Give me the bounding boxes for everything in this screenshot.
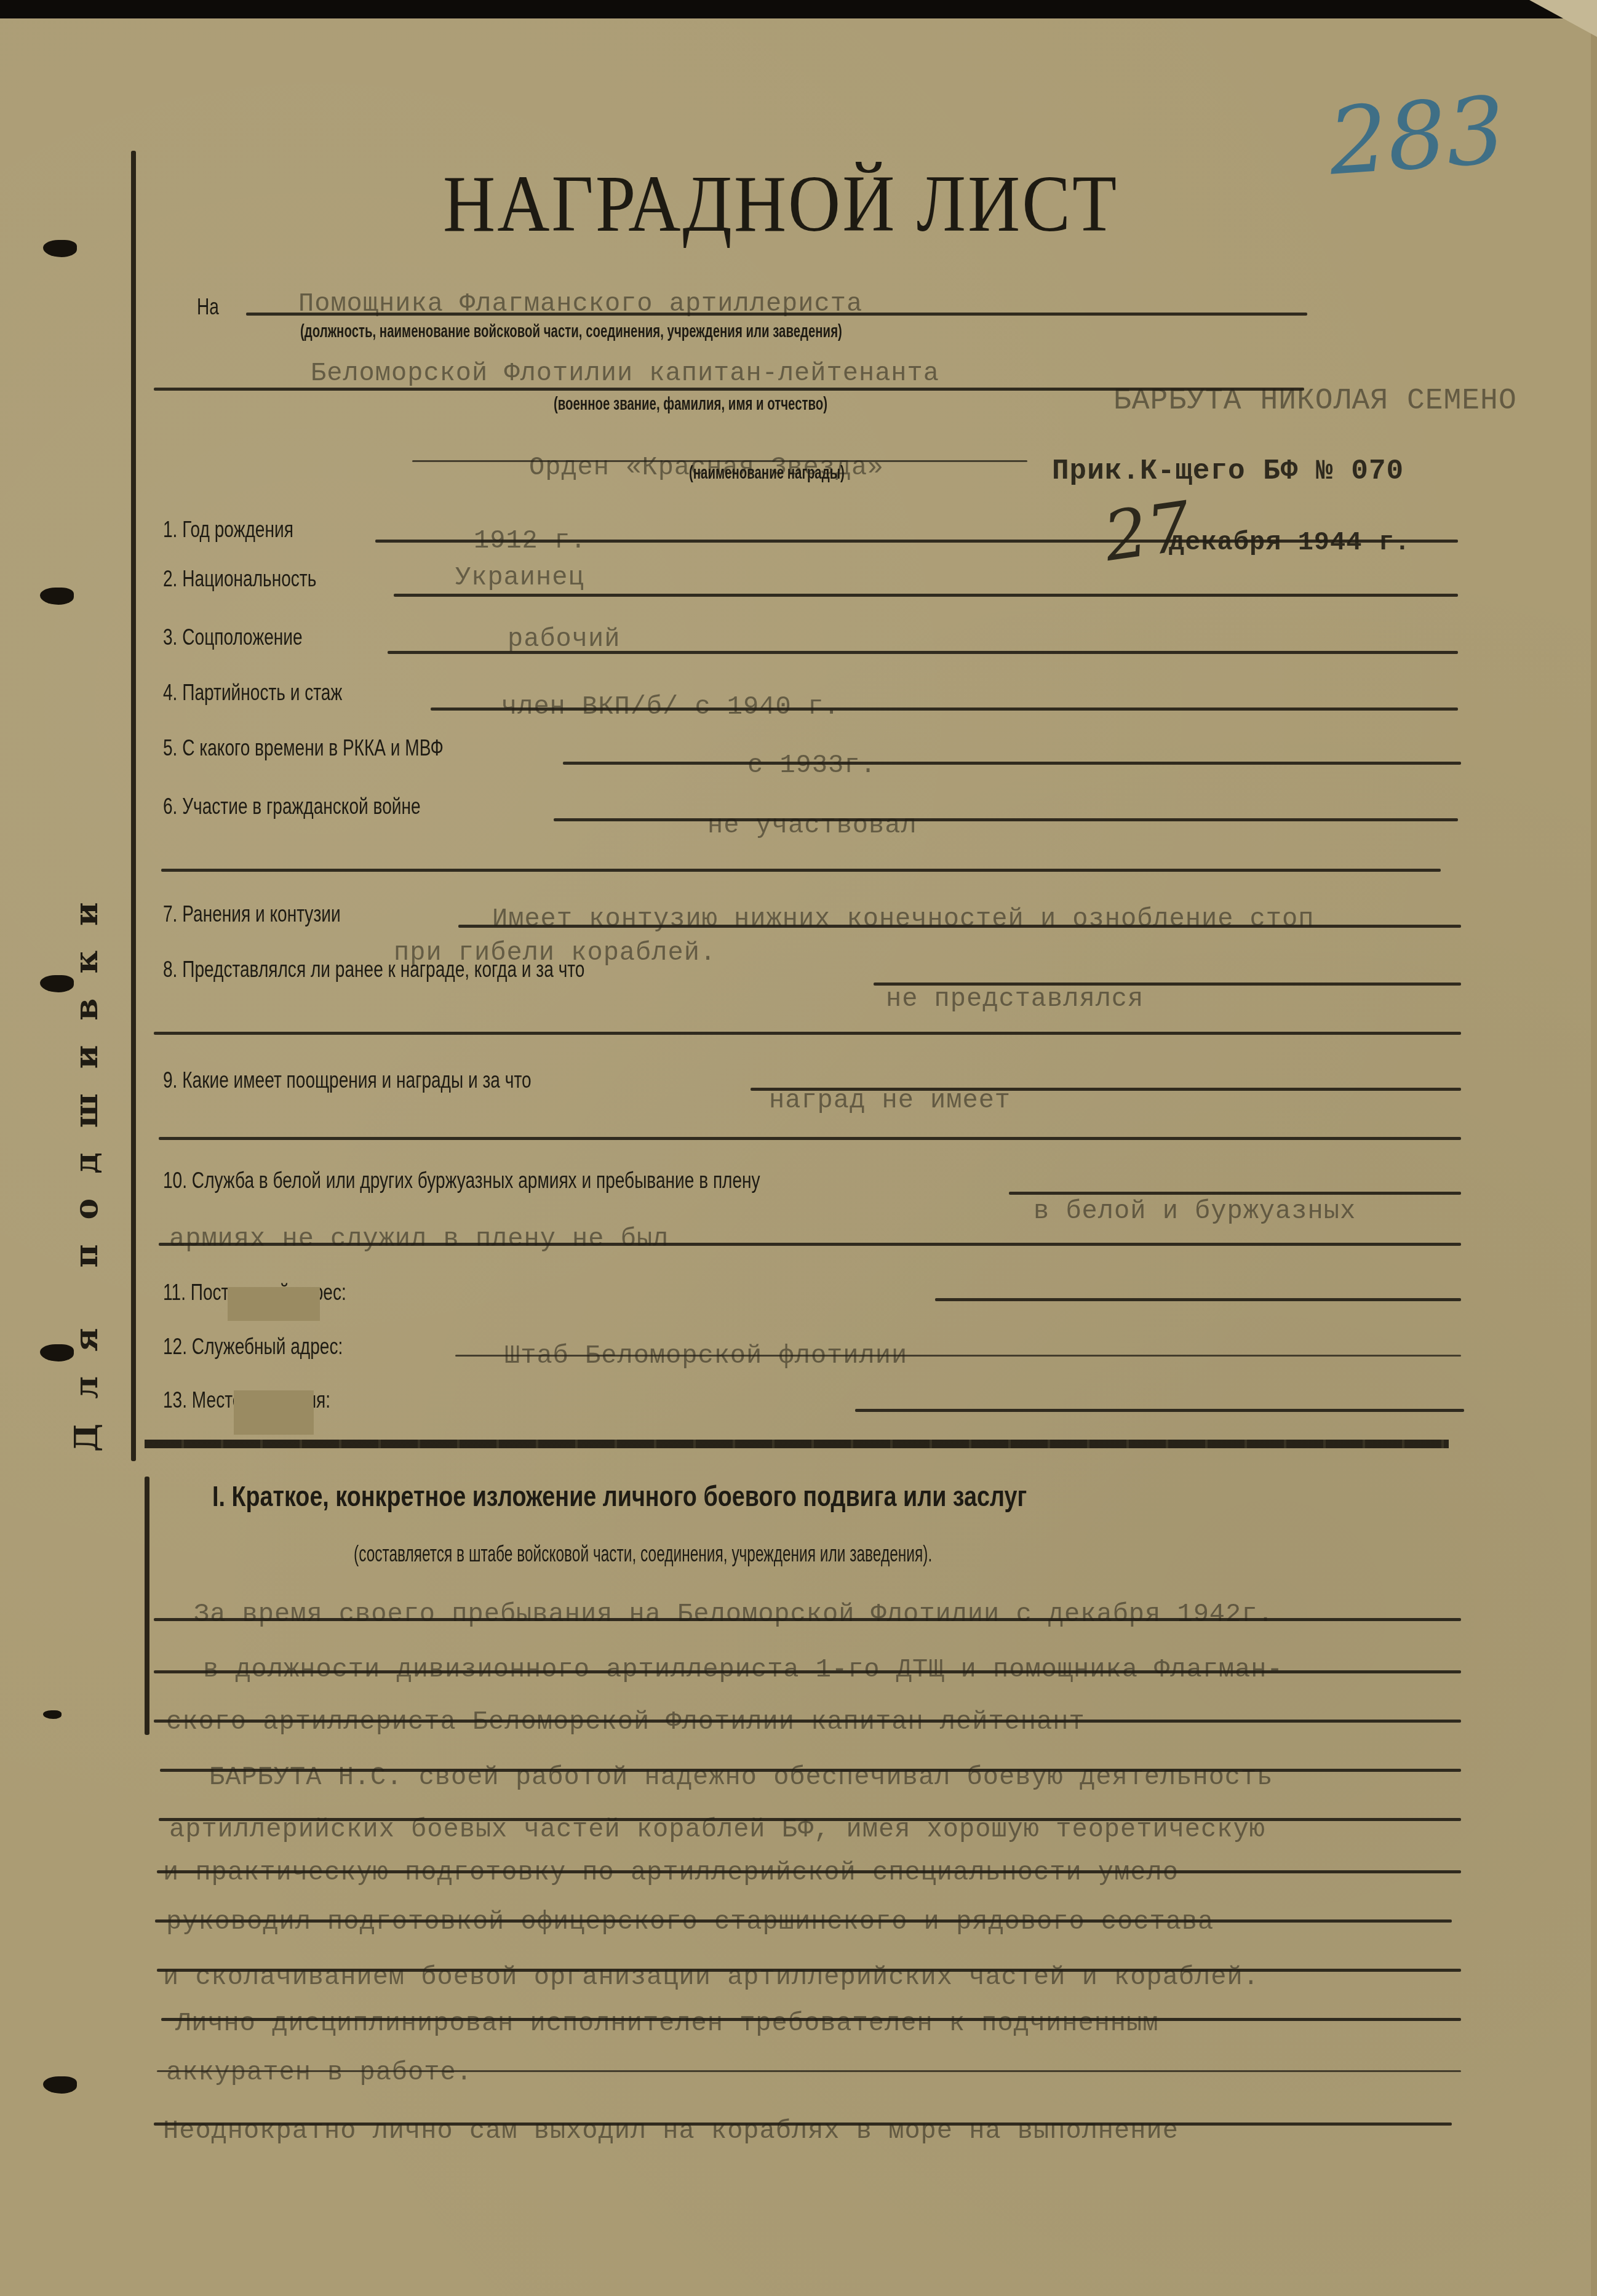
narrative-line: Лично дисциплинирован исполнителен требо… bbox=[175, 2009, 1158, 2038]
order-date: декабря 1944 г. bbox=[1169, 528, 1411, 557]
order-reference: Прик.К-щего БФ № 070 bbox=[1052, 455, 1404, 487]
narrative-rule bbox=[157, 2070, 1461, 2072]
award-caption: (наименование награды) bbox=[689, 463, 845, 484]
to-label: На bbox=[197, 294, 219, 320]
narrative-rule bbox=[161, 2018, 1461, 2021]
field-8-label: 8. Представлялся ли ранее к награде, ког… bbox=[163, 957, 584, 983]
binding-margin-rule bbox=[131, 151, 136, 1461]
narrative-line: БАРБУТА Н.С. своей работой надежно обесп… bbox=[209, 1763, 1273, 1792]
narrative-rule bbox=[154, 1670, 1461, 1673]
binding-margin-label: Для подшивки bbox=[68, 877, 105, 1452]
field-1-label: 1. Год рождения bbox=[163, 517, 293, 543]
narrative-rule bbox=[157, 1969, 1461, 1972]
field-13-line bbox=[855, 1409, 1464, 1412]
nationality-value: Украинец bbox=[455, 563, 584, 592]
social-status-value: рабочий bbox=[508, 624, 620, 654]
field-5-label: 5. С какого времени в РККА и МВФ bbox=[163, 735, 444, 761]
position-caption: (должность, наименование войсковой части… bbox=[300, 321, 842, 342]
redacted-birthplace bbox=[234, 1390, 314, 1435]
narrative-line: и сколачиванием боевой организации артил… bbox=[163, 1963, 1259, 1992]
narrative-line: аккуратен в работе. bbox=[166, 2058, 472, 2087]
section-divider bbox=[145, 1440, 1449, 1448]
field-4-label: 4. Партийность и стаж bbox=[163, 680, 342, 706]
field-12-line bbox=[455, 1355, 1461, 1357]
field-12-label: 12. Служебный адрес: bbox=[163, 1334, 343, 1360]
narrative-line: Неоднократно лично сам выходил на корабл… bbox=[163, 2116, 1179, 2146]
field-9-line-2 bbox=[159, 1137, 1461, 1140]
field-3-line bbox=[388, 651, 1458, 654]
narrative-rule bbox=[160, 1769, 1461, 1772]
field-9-label: 9. Какие имеет поощрения и награды и за … bbox=[163, 1067, 532, 1093]
wounds-value: Имеет контузию нижних конечностей и озно… bbox=[492, 904, 1314, 934]
field-1-line bbox=[375, 540, 1458, 543]
field-6-line-2 bbox=[161, 869, 1441, 872]
field-6-line bbox=[554, 818, 1458, 821]
field-10-label: 10. Служба в белой или других буржуазных… bbox=[163, 1168, 760, 1194]
scan-top-border bbox=[0, 0, 1597, 18]
field-7-line bbox=[458, 925, 1461, 928]
field-3-label: 3. Соцположение bbox=[163, 624, 303, 650]
field-10-line-2 bbox=[159, 1243, 1461, 1246]
field-2-label: 2. Национальность bbox=[163, 566, 316, 592]
section-one-heading: I. Краткое, конкретное изложение личного… bbox=[212, 1480, 1027, 1513]
binding-margin-rule-lower bbox=[145, 1477, 149, 1735]
narrative-rule bbox=[159, 1818, 1461, 1821]
document-title: НАГРАДНОЙ ЛИСТ bbox=[443, 157, 1118, 250]
narrative-rule bbox=[157, 1870, 1461, 1873]
rank-name-caption: (военное звание, фамилия, имя и отчество… bbox=[554, 394, 827, 415]
party-value: член ВКП/б/ с 1940 г. bbox=[501, 692, 840, 722]
narrative-rule bbox=[154, 1618, 1461, 1621]
punch-hole bbox=[43, 1710, 62, 1719]
rank-name-line bbox=[154, 388, 1304, 391]
prior-award-value: не представлялся bbox=[886, 984, 1144, 1014]
award-line bbox=[412, 460, 1027, 462]
redacted-address bbox=[228, 1287, 320, 1321]
field-4-line bbox=[431, 708, 1458, 711]
position-line bbox=[246, 313, 1307, 316]
narrative-rule bbox=[154, 2123, 1452, 2126]
narrative-rule bbox=[155, 1919, 1452, 1923]
civil-war-value: не участвовал bbox=[707, 811, 917, 840]
field-2-line bbox=[394, 594, 1458, 597]
narrative-line: За время своего пребывания на Беломорско… bbox=[194, 1600, 1274, 1629]
field-7-label: 7. Ранения и контузии bbox=[163, 901, 341, 927]
field-5-line bbox=[563, 762, 1461, 765]
narrative-line: в должности дивизионного артиллериста 1-… bbox=[203, 1655, 1283, 1684]
archive-page-number: 283 bbox=[1325, 77, 1508, 196]
service-start-value: с 1933г. bbox=[747, 751, 877, 780]
field-10-line bbox=[1009, 1192, 1461, 1195]
rank-name-value: Беломорской Флотилии капитан-лейтенанта bbox=[311, 359, 939, 388]
foreign-service-value-line-2: армиях не служил в плену не был bbox=[169, 1224, 669, 1254]
section-one-subheading: (составляется в штабе войсковой части, с… bbox=[354, 1541, 932, 1567]
field-8-line-2 bbox=[154, 1032, 1461, 1035]
field-8-line bbox=[874, 983, 1461, 986]
narrative-rule bbox=[154, 1720, 1461, 1723]
field-9-line bbox=[751, 1088, 1461, 1091]
field-11-line bbox=[935, 1298, 1461, 1301]
foreign-service-value: в белой и буржуазных bbox=[1033, 1197, 1356, 1226]
field-6-label: 6. Участие в гражданской войне bbox=[163, 794, 421, 819]
